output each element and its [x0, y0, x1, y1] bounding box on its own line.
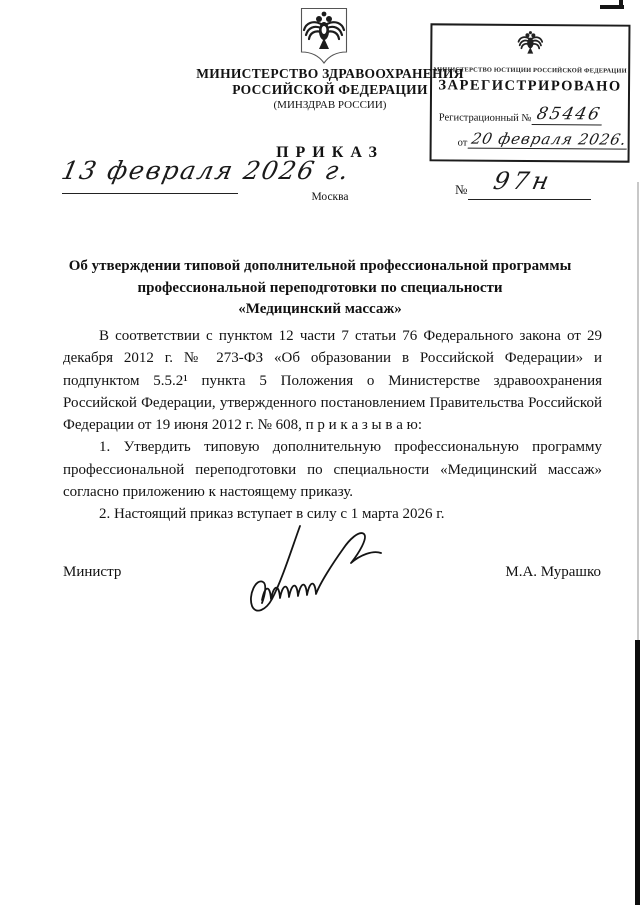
stamp-date-handwritten: 20 февраля 2026.	[468, 130, 631, 150]
stamp-coat-of-arms-icon-svg	[515, 30, 545, 56]
stamp-reg-number-handwritten: 85446	[532, 104, 607, 125]
stamp-agency-name: МИНИСТЕРСТВО ЮСТИЦИИ РОССИЙСКОЙ ФЕДЕРАЦИ…	[432, 66, 628, 74]
scan-corner-mark-tick	[619, 0, 623, 9]
issue-city: Москва	[0, 191, 640, 203]
order-document-page: МИНИСТЕРСТВО ЗДРАВООХРАНЕНИЯ РОССИЙСКОЙ …	[0, 0, 640, 905]
stamp-registration-number-line: Регистрационный № 85446	[439, 105, 604, 127]
stamp-registered-label: ЗАРЕГИСТРИРОВАНО	[432, 77, 628, 95]
order-item-1: 1. Утвердить типовую дополнительную проф…	[63, 436, 602, 503]
order-body: В соответствии с пунктом 12 части 7 стат…	[63, 325, 602, 526]
signer-name: М.А. Мурашко	[505, 564, 601, 581]
stamp-coat-of-arms-icon	[515, 30, 545, 61]
coat-of-arms-icon	[300, 7, 348, 70]
order-title-line1: Об утверждении типовой дополнительной пр…	[0, 256, 640, 278]
coat-of-arms-icon-svg	[300, 7, 348, 65]
order-title-line3: «Медицинский массаж»	[0, 299, 640, 321]
stamp-date-label: от	[458, 137, 468, 148]
scan-edge-black-strip	[635, 640, 640, 905]
registration-stamp: МИНИСТЕРСТВО ЮСТИЦИИ РОССИЙСКОЙ ФЕДЕРАЦИ…	[430, 23, 631, 162]
scan-edge-gray-line	[637, 182, 639, 640]
signer-position: Министр	[63, 564, 121, 581]
preamble-paragraph: В соответствии с пунктом 12 части 7 стат…	[63, 325, 602, 436]
order-title: Об утверждении типовой дополнительной пр…	[0, 256, 640, 321]
signature-stroke-svg	[212, 522, 407, 622]
order-date-handwritten: 13 февраля 2026 г.	[59, 156, 353, 185]
minister-signature-mark	[212, 522, 407, 627]
order-title-line2: профессиональной переподготовки по специ…	[0, 278, 640, 300]
stamp-date-line: от 20 февраля 2026.	[458, 131, 629, 151]
stamp-reg-label: Регистрационный №	[439, 112, 532, 124]
